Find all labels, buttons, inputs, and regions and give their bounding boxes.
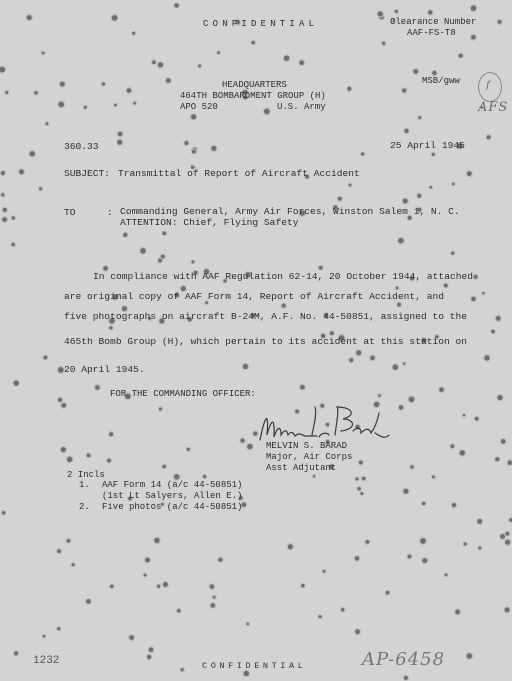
- letterhead-line2: 464TH BOMBARDMENT GROUP (H): [180, 91, 326, 102]
- body-line-2: are original copy of AAF Form 14, Report…: [64, 291, 444, 302]
- letterhead-line1: HEADQUARTERS: [222, 80, 287, 91]
- clearance-label: Clearance Number: [390, 17, 476, 28]
- letterhead-apo: APO 520: [180, 102, 218, 113]
- classification-footer: CONFIDENTIAL: [202, 661, 306, 672]
- subject-text: Transmittal of Report of Aircraft Accide…: [118, 168, 360, 179]
- enclosure-1-number: 1.: [79, 480, 90, 491]
- to-label: TO: [64, 207, 76, 218]
- body-line-3: five photographs on aircraft B-24M, A.F.…: [64, 311, 467, 322]
- document-page: CONFIDENTIAL Clearance Number AAF-FS-T8 …: [0, 0, 512, 681]
- for-commanding-officer: FOR THE COMMANDING OFFICER:: [110, 389, 256, 400]
- body-line-5: 20 April 1945.: [64, 364, 145, 375]
- signer-rank: Major, Air Corps: [266, 452, 352, 463]
- signer-title: Asst Adjutant: [266, 463, 336, 474]
- enclosure-1-line1: AAF Form 14 (a/c 44-50851): [102, 480, 242, 491]
- enclosure-1-line2: (1st Lt Salyers, Allen E.): [102, 491, 242, 502]
- letterhead-army: U.S. Army: [277, 102, 326, 113]
- enclosure-2-line1: Five photos (a/c 44-50851): [102, 502, 242, 513]
- handwritten-afs-note: AFS: [478, 102, 508, 113]
- circle-mark-text: f: [486, 80, 490, 91]
- classification-header: CONFIDENTIAL: [203, 19, 318, 30]
- page-stamp: 1232: [33, 656, 59, 667]
- handwritten-circle-mark: [478, 72, 502, 102]
- to-addressee: Commanding General, Army Air Forces, Win…: [120, 206, 460, 217]
- reference-initials: MSB/gww: [422, 76, 460, 87]
- subject-label: SUBJECT:: [64, 168, 110, 179]
- enclosure-2-number: 2.: [79, 502, 90, 513]
- letter-date: 25 April 1945: [390, 140, 465, 151]
- body-line-1: In compliance with AAF Regulation 62-14,…: [93, 271, 473, 282]
- file-number: 360.33: [64, 141, 99, 152]
- to-separator: :: [107, 207, 113, 218]
- signer-name: MELVIN S. BARAD: [266, 441, 347, 452]
- handwritten-reference: AP-6458: [362, 654, 445, 665]
- signature: [257, 405, 392, 445]
- to-attention: ATTENTION: Chief, Flying Safety: [120, 217, 298, 228]
- clearance-number: AAF-FS-T8: [407, 28, 456, 39]
- body-line-4: 465th Bomb Group (H), which pertain to i…: [64, 336, 467, 347]
